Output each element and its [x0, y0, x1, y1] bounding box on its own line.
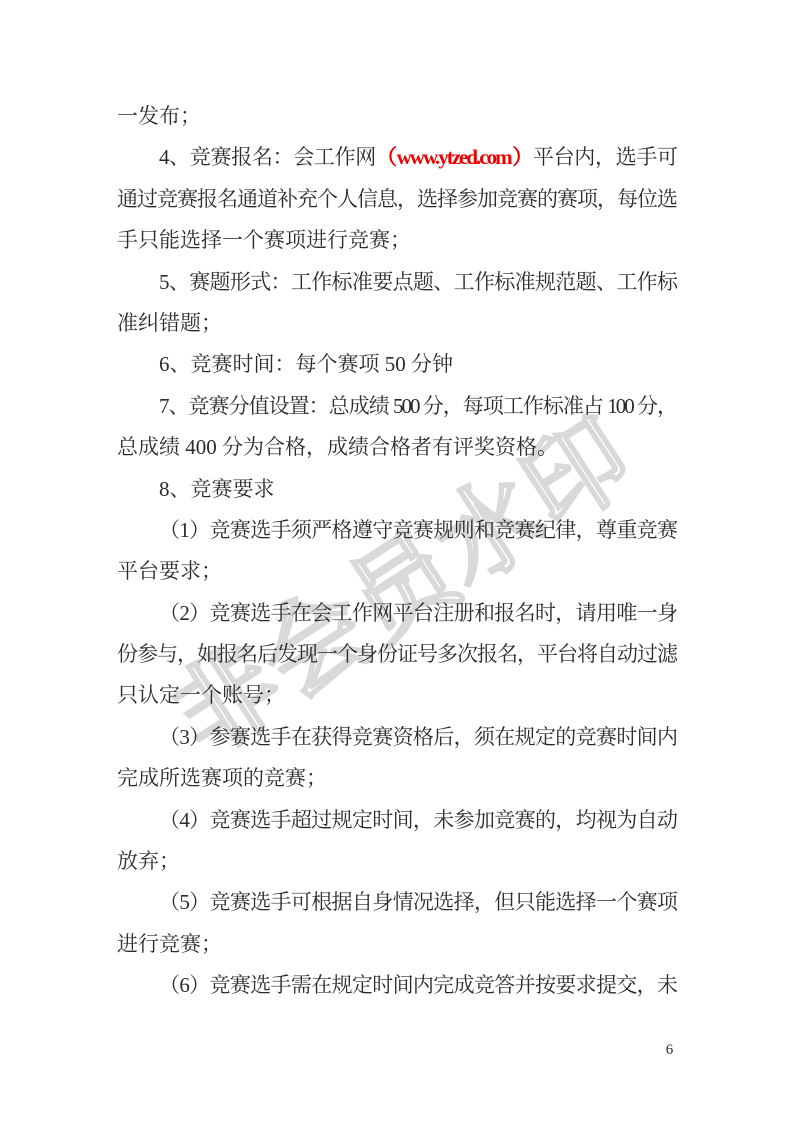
- text-segment: 平台要求；: [117, 559, 222, 583]
- text-line: （5）竞赛选手可根据自身情况选择，但只能选择一个赛项: [117, 882, 676, 923]
- text-segment: 平台内，选手可: [533, 145, 676, 169]
- text-segment: （1）竞赛选手须严格遵守竞赛规则和竞赛纪律，尊重竞赛: [159, 518, 676, 542]
- text-line: 进行竞赛；: [117, 924, 676, 965]
- text-segment: （3）参赛选手在获得竞赛资格后，须在规定的竞赛时间内: [159, 725, 676, 749]
- text-line: 放弃；: [117, 841, 676, 882]
- text-segment: 只认定一个账号；: [117, 683, 285, 707]
- text-line: 通过竞赛报名通道补充个人信息，选择参加竞赛的赛项，每位选: [117, 179, 676, 220]
- text-line: （6）竞赛选手需在规定时间内完成竞答并按要求提交，未: [117, 965, 676, 1006]
- text-line: （4）竞赛选手超过规定时间，未参加竞赛的，均视为自动: [117, 800, 676, 841]
- text-segment: 准纠错题；: [117, 311, 222, 335]
- text-segment: （6）竞赛选手需在规定时间内完成竞答并按要求提交，未: [159, 973, 676, 997]
- text-line: 总成绩 400 分为合格，成绩合格者有评奖资格。: [117, 427, 676, 468]
- text-line: 完成所选赛项的竞赛；: [117, 758, 676, 799]
- text-segment: （4）竞赛选手超过规定时间，未参加竞赛的，均视为自动: [159, 808, 676, 832]
- text-segment: 份参与，如报名后发现一个身份证号多次报名，平台将自动过滤: [117, 642, 676, 666]
- document-body: 一发布；4、竞赛报名：会工作网（www.ytzed.com）平台内，选手可通过竞…: [117, 96, 676, 1007]
- text-segment: 进行竞赛；: [117, 932, 222, 956]
- text-segment: 7、竞赛分值设置：总成绩 500 分，每项工作标准占 100 分，: [159, 394, 676, 418]
- text-segment: （2）竞赛选手在会工作网平台注册和报名时，请用唯一身: [159, 601, 676, 625]
- text-line: 一发布；: [117, 96, 676, 137]
- text-segment: 一发布；: [117, 104, 201, 128]
- text-line: （3）参赛选手在获得竞赛资格后，须在规定的竞赛时间内: [117, 717, 676, 758]
- text-line: 平台要求；: [117, 551, 676, 592]
- text-segment: 通过竞赛报名通道补充个人信息，选择参加竞赛的赛项，每位选: [117, 187, 676, 211]
- text-line: （1）竞赛选手须严格遵守竞赛规则和竞赛纪律，尊重竞赛: [117, 510, 676, 551]
- text-segment: 6、竞赛时间：每个赛项 50 分钟: [159, 352, 453, 376]
- text-segment: 放弃；: [117, 849, 180, 873]
- text-line: 手只能选择一个赛项进行竞赛；: [117, 220, 676, 261]
- url-highlight: （www.ytzed.com）: [376, 145, 533, 169]
- text-line: 6、竞赛时间：每个赛项 50 分钟: [117, 344, 676, 385]
- document-page: 非会员水印 一发布；4、竞赛报名：会工作网（www.ytzed.com）平台内，…: [0, 0, 793, 1122]
- text-segment: 完成所选赛项的竞赛；: [117, 766, 327, 790]
- text-line: （2）竞赛选手在会工作网平台注册和报名时，请用唯一身: [117, 593, 676, 634]
- text-segment: 总成绩 400 分为合格，成绩合格者有评奖资格。: [117, 435, 558, 459]
- text-line: 8、竞赛要求: [117, 469, 676, 510]
- text-segment: 5、赛题形式：工作标准要点题、工作标准规范题、工作标: [159, 270, 676, 294]
- text-line: 份参与，如报名后发现一个身份证号多次报名，平台将自动过滤: [117, 634, 676, 675]
- text-segment: 8、竞赛要求: [159, 477, 275, 501]
- text-line: 7、竞赛分值设置：总成绩 500 分，每项工作标准占 100 分，: [117, 386, 676, 427]
- text-line: 4、竞赛报名：会工作网（www.ytzed.com）平台内，选手可: [117, 137, 676, 178]
- text-segment: 4、竞赛报名：会工作网: [159, 145, 376, 169]
- page-number: 6: [657, 1040, 682, 1060]
- text-line: 5、赛题形式：工作标准要点题、工作标准规范题、工作标: [117, 262, 676, 303]
- text-segment: （5）竞赛选手可根据自身情况选择，但只能选择一个赛项: [159, 890, 676, 914]
- text-line: 准纠错题；: [117, 303, 676, 344]
- text-segment: 手只能选择一个赛项进行竞赛；: [117, 228, 411, 252]
- text-line: 只认定一个账号；: [117, 675, 676, 716]
